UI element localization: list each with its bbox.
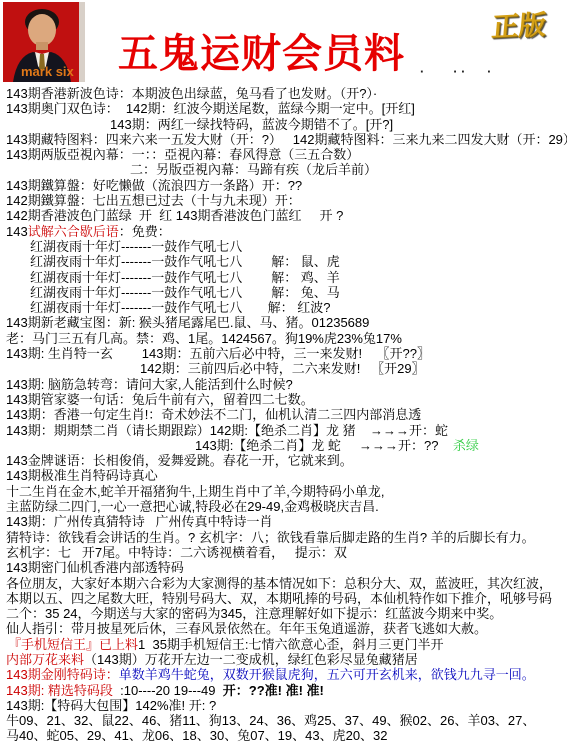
text-segment: 143 [6, 224, 28, 239]
text-segment: 142期香港波色门蓝绿 开 红 143期香港波色门蓝红 开 ? [6, 208, 343, 223]
text-segment: 红湖夜雨十年灯-------一鼓作气吼七八 解： 鼠、虎 [30, 254, 340, 269]
text-line: 143试解六合歇后语：免费： [0, 224, 567, 239]
text-segment: 玄机字：七 开7尾。中特诗：二六诱视横着看， 提示：双 [6, 545, 347, 560]
member-photo: mark six [3, 2, 85, 82]
text-line: 『手机短信王』已上料1 35期手机短信王:七情六欲意心歪，斜月三更门半开 [0, 637, 567, 652]
text-line: 143期密门仙机香港内部透特码 [0, 560, 567, 575]
text-line: 仙人指引：带月披星死后休，三春风景依然在。年年玉兔逍遥游，获者飞逃如大赦。 [0, 621, 567, 636]
text-segment: 仙人指引：带月披星死后休，三春风景依然在。年年玉兔逍遥游，获者飞逃如大赦。 [6, 621, 487, 636]
text-line: 143期两版亞視內幕：一：：亞視內幕：春风得意（三五合数） [0, 147, 567, 162]
text-segment: 143期藏特图料：四来六来一五发大财（开：?） 142期藏特图料：三来九来二四发… [6, 132, 567, 147]
svg-text:mark six: mark six [21, 64, 75, 79]
text-segment: 内部万花来料 [6, 652, 84, 667]
text-segment: 143期: 精选特码段 [6, 683, 113, 698]
text-line: 牛09、21、32、鼠22、46、猪11、狗13、24、36、鸡25、37、49… [0, 713, 567, 728]
text-segment: 143期金刚特码诗： [6, 667, 119, 682]
text-segment: 143期极准生肖特码诗真心 [6, 468, 158, 483]
text-line: 红湖夜雨十年灯-------一鼓作气吼七八 解： 兔、马 [0, 285, 567, 300]
text-segment: 143期：两红一绿找特码，蓝波今期错不了。[开?] [110, 117, 393, 132]
text-line: 143期：香港一句定生肖!：奇术妙法不二门，仙机认清二三四内部消息透 [0, 407, 567, 422]
text-segment: 红湖夜雨十年灯-------一鼓作气吼七八 解： 红波? [30, 300, 330, 315]
text-segment: :10----20 19---49 [113, 683, 223, 698]
text-segment: 十二生肖在金木,蛇羊开福猪狗牛,上期生肖中了羊,今期特码小单龙, [6, 484, 384, 499]
text-segment: 143期两版亞視內幕：一：：亞視內幕：春风得意（三五合数） [6, 147, 359, 162]
text-line: 143期香港新波色诗：本期波色出绿蓝，兔马看了也发财。（开?）· [0, 86, 567, 101]
text-segment: 143金牌谜语：长相俊俏，爱舞爱跳。春花一开，它就来到。 [6, 453, 353, 468]
text-line: 142期：三前四后必中特，二六来发财! 〖开29〗 [0, 361, 567, 376]
text-segment: 二：另版亞視內幕：马蹄有疾（龙后羊前） [130, 162, 377, 177]
text-segment: 单数羊鸡牛蛇兔，双数开猴鼠虎狗，五六可开玄机来，欲钱九九寻一回。 [119, 667, 535, 682]
text-segment: 142期鐵算盤：七出五想已过去（十与九未现）开： [6, 193, 301, 208]
text-segment: 143期:【特码大包围】142%准! 开: ? [6, 698, 216, 713]
text-line: 143期新老藏宝图：新: 猴头猪尾露尾巴.鼠、马、猪。01235689 [0, 315, 567, 330]
text-line: 143期：广州传真猜特诗 广州传真中特诗一肖 [0, 514, 567, 529]
text-segment: 牛09、21、32、鼠22、46、猪11、狗13、24、36、鸡25、37、49… [6, 713, 535, 728]
text-segment: 二个：35 24，今期送与大家的密码为345，注意理解好如下提示：红蓝波今期来中… [6, 606, 502, 621]
text-segment: 红湖夜雨十年灯-------一鼓作气吼七八 解： 鸡、羊 [30, 270, 340, 285]
text-line: 各位朋友，大家好本期六合彩为大家测得的基本情况如下：总积分大、双，蓝波旺，其次红… [0, 576, 567, 591]
text-line: 142期香港波色门蓝绿 开 红 143期香港波色门蓝红 开 ? [0, 208, 567, 223]
text-line: 红湖夜雨十年灯-------一鼓作气吼七八 解： 鸡、羊 [0, 270, 567, 285]
text-segment: 『手机短信王』已上料 [8, 637, 138, 652]
text-segment: 马40、蛇05、29、41、龙06、18、30、兔07、19、43、虎20、32 [6, 728, 388, 743]
text-line: 143期: 精选特码段 :10----20 19---49 开：??准! 准! … [0, 683, 567, 698]
text-segment: 本期以五、四之尾数大旺，特别号码大、双，本期吼捧的号码，本仙机特作如下推介，吼够… [6, 591, 552, 606]
text-line: 老：马门三五有几高。禁：鸡、1尾。1424567。狗19%虎23%兔17% [0, 331, 567, 346]
text-line: 143期：两红一绿找特码，蓝波今期错不了。[开?] [0, 117, 567, 132]
text-segment: 猜特诗：欲钱看会讲话的生肖。? 玄机字：八；欲钱看靠后脚走路的生肖? 羊的后脚长… [6, 530, 535, 545]
header: mark six 五鬼运财会员料 正版 · · · · [0, 0, 567, 86]
text-segment: 红湖夜雨十年灯-------一鼓作气吼七八 解： 兔、马 [30, 285, 340, 300]
text-segment: 各位朋友，大家好本期六合彩为大家测得的基本情况如下：总积分大、双，蓝波旺，其次红… [6, 576, 552, 591]
text-line: 玄机字：七 开7尾。中特诗：二六诱视横着看， 提示：双 [0, 545, 567, 560]
document-lines: 143期香港新波色诗：本期波色出绿蓝，兔马看了也发财。（开?）·143期奥门双色… [0, 86, 567, 744]
text-segment: 试解六合歇后语 [28, 224, 119, 239]
text-line: 143期奥门双色诗： 142期：红波今期送尾数，蓝绿今期一定中。[开红] [0, 101, 567, 116]
stray-dots: · · · · [420, 64, 492, 79]
text-segment: 143期：香港一句定生肖!：奇术妙法不二门，仙机认清二三四内部消息透 [6, 407, 421, 422]
text-line: 143期鐵算盤：好吃懒做（流浪四方一条路）开：?? [0, 178, 567, 193]
text-line: 本期以五、四之尾数大旺，特别号码大、双，本期吼捧的号码，本仙机特作如下推介，吼够… [0, 591, 567, 606]
text-line: 143期:【特码大包围】142%准! 开: ? [0, 698, 567, 713]
text-segment: 143期:【绝杀二肖】龙 蛇 →→→开：?? [195, 438, 453, 453]
text-line: 143期: 生肖特一玄 143期：五前六后必中特，三一来发财! 〖开??〗 [0, 346, 567, 361]
text-line: 红湖夜雨十年灯-------一鼓作气吼七八 解： 鼠、虎 [0, 254, 567, 269]
text-line: 十二生肖在金木,蛇羊开福猪狗牛,上期生肖中了羊,今期特码小单龙, [0, 484, 567, 499]
text-line: 143期金刚特码诗：单数羊鸡牛蛇兔，双数开猴鼠虎狗，五六可开玄机来，欲钱九九寻一… [0, 667, 567, 682]
text-line: 143期藏特图料：四来六来一五发大财（开：?） 142期藏特图料：三来九来二四发… [0, 132, 567, 147]
text-segment: 143期香港新波色诗：本期波色出绿蓝，兔马看了也发财。（开?）· [6, 86, 377, 101]
text-line: 143期管家婆一句话：兔后牛前有六，留着四二七数。 [0, 392, 567, 407]
text-line: 红湖夜雨十年灯-------一鼓作气吼七八 [0, 239, 567, 254]
text-segment: 143期鐵算盤：好吃懒做（流浪四方一条路）开：?? [6, 178, 302, 193]
text-segment: 142期：三前四后必中特，二六来发财! 〖开29〗 [140, 361, 425, 376]
text-segment: 143期奥门双色诗： 142期：红波今期送尾数，蓝绿今期一定中。[开红] [6, 101, 415, 116]
text-segment: 主蓝防绿二四门,一心一意把心诚,特段必在29-49,金鸡极晓庆吉昌. [6, 499, 379, 514]
text-segment: 143期：广州传真猜特诗 广州传真中特诗一肖 [6, 514, 273, 529]
text-segment: 红湖夜雨十年灯-------一鼓作气吼七八 [30, 239, 242, 254]
text-line: 143期：期期禁二肖（请长期跟踪）142期:【绝杀二肖】龙 猪 →→→开：蛇 [0, 423, 567, 438]
text-line: 马40、蛇05、29、41、龙06、18、30、兔07、19、43、虎20、32 [0, 728, 567, 743]
text-segment: 143期新老藏宝图：新: 猴头猪尾露尾巴.鼠、马、猪。01235689 [6, 315, 369, 330]
text-segment: 143期密门仙机香港内部透特码 [6, 560, 184, 575]
text-segment: （143期）万花开左边一二变成机，绿红色彩尽显兔藏猪居 [84, 652, 418, 667]
text-segment: 143期: 生肖特一玄 143期：五前六后必中特，三一来发财! 〖开??〗 [6, 346, 430, 361]
text-line: 142期鐵算盤：七出五想已过去（十与九未现）开： [0, 193, 567, 208]
page: { "header": { "title": "五鬼运财会员料", "title… [0, 0, 567, 749]
text-segment: 开：??准! 准! 准! [223, 683, 324, 698]
text-line: 二个：35 24，今期送与大家的密码为345，注意理解好如下提示：红蓝波今期来中… [0, 606, 567, 621]
text-segment: 143期管家婆一句话：兔后牛前有六，留着四二七数。 [6, 392, 314, 407]
page-title: 五鬼运财会员料 [118, 22, 405, 79]
text-line: 内部万花来料（143期）万花开左边一二变成机，绿红色彩尽显兔藏猪居 [0, 652, 567, 667]
text-line: 143金牌谜语：长相俊俏，爱舞爱跳。春花一开，它就来到。 [0, 453, 567, 468]
text-line: 143期: 脑筋急转弯：请问大家,人能活到什么时候? [0, 377, 567, 392]
text-line: 红湖夜雨十年灯-------一鼓作气吼七八 解： 红波? [0, 300, 567, 315]
text-segment: 143期: 脑筋急转弯：请问大家,人能活到什么时候? [6, 377, 293, 392]
text-line: 主蓝防绿二四门,一心一意把心诚,特段必在29-49,金鸡极晓庆吉昌. [0, 499, 567, 514]
text-line: 二：另版亞視內幕：马蹄有疾（龙后羊前） [0, 162, 567, 177]
text-line: 143期极准生肖特码诗真心 [0, 468, 567, 483]
text-segment: 老：马门三五有几高。禁：鸡、1尾。1424567。狗19%虎23%兔17% [6, 331, 402, 346]
text-segment: 杀绿 [453, 438, 479, 453]
text-segment: 1 35期手机短信王:七情六欲意心歪，斜月三更门半开 [138, 637, 444, 652]
edition-badge: 正版 [490, 3, 548, 45]
text-segment: ：免费： [119, 224, 171, 239]
text-line: 143期:【绝杀二肖】龙 蛇 →→→开：?? 杀绿 [0, 438, 567, 453]
text-segment: 143期：期期禁二肖（请长期跟踪）142期:【绝杀二肖】龙 猪 →→→开：蛇 [6, 423, 448, 438]
text-line: 猜特诗：欲钱看会讲话的生肖。? 玄机字：八；欲钱看靠后脚走路的生肖? 羊的后脚长… [0, 530, 567, 545]
